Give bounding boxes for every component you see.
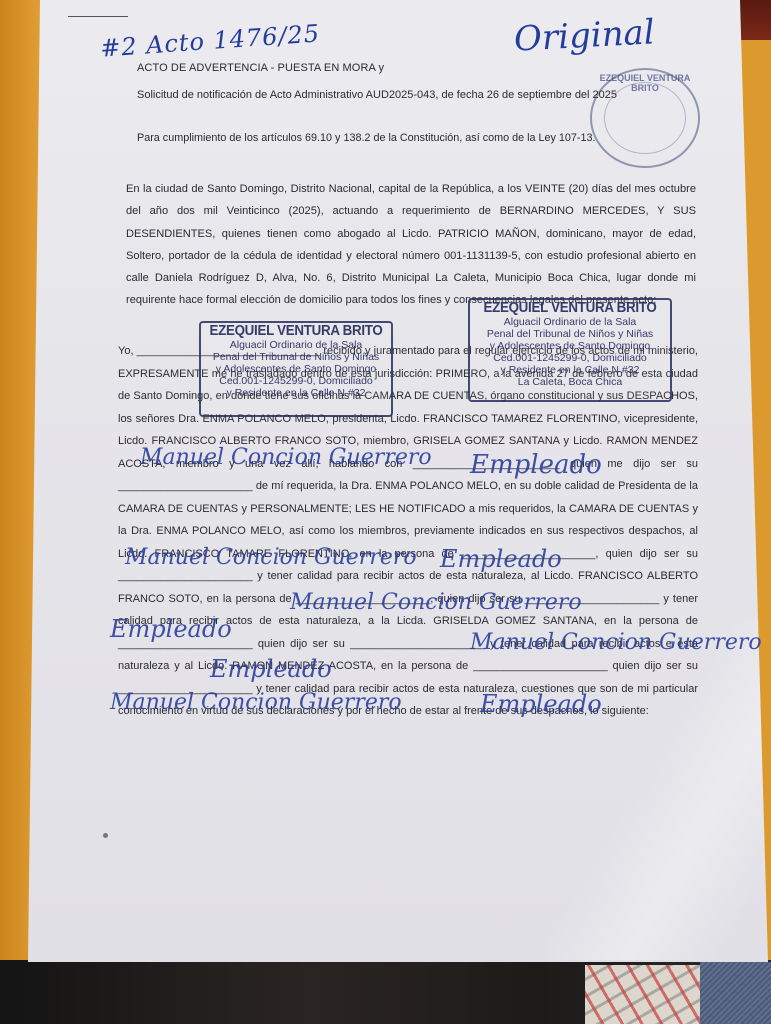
stamp-line: Penal del Tribunal de Niños y Niñas xyxy=(201,351,391,363)
stamp-line: y Residente en la Calle N #32 xyxy=(201,387,391,399)
pen-mark xyxy=(68,16,128,17)
handwritten-role: Empleado xyxy=(210,655,332,683)
stamp-line: Alguacil Ordinario de la Sala xyxy=(470,316,670,328)
intro-paragraph-text: En la ciudad de Santo Domingo, Distrito … xyxy=(126,178,696,312)
stamp-line: y Adolescentes de Santo Domingo xyxy=(470,340,670,352)
denim-fabric xyxy=(700,962,771,1024)
document-title: ACTO DE ADVERTENCIA - PUESTA EN MORA y xyxy=(137,57,384,79)
stamp-name: EZEQUIEL VENTURA BRITO xyxy=(478,300,662,316)
stamp-line: La Caleta, Boca Chica xyxy=(470,376,670,388)
handwritten-role: Empleado xyxy=(480,690,602,718)
stamp-line: y Adolescentes de Santo Domingo xyxy=(201,363,391,375)
legal-basis: Para cumplimiento de los artículos 69.10… xyxy=(137,127,596,149)
official-round-seal: EZEQUIEL VENTURA BRITO xyxy=(590,68,700,168)
intro-paragraph: En la ciudad de Santo Domingo, Distrito … xyxy=(126,178,696,312)
stamp-line: Ced.001-1245299-0, Domiciliado xyxy=(470,352,670,364)
handwritten-role: Empleado xyxy=(470,450,602,480)
handwritten-role: Empleado xyxy=(440,545,562,573)
handwritten-name: Manuel Concion Guerrero xyxy=(470,630,762,655)
stamp-name: EZEQUIEL VENTURA BRITO xyxy=(209,323,384,339)
handwritten-original-mark: Original xyxy=(513,12,656,59)
paper-speck xyxy=(103,833,108,838)
bailiff-stamp-left: EZEQUIEL VENTURA BRITO Alguacil Ordinari… xyxy=(199,321,393,417)
stamp-line: Penal del Tribunal de Niños y Niñas xyxy=(470,328,670,340)
document-subtitle: Solicitud de notificación de Acto Admini… xyxy=(137,86,697,104)
handwritten-role: Empleado xyxy=(110,615,232,643)
handwritten-name: Manuel Concion Guerrero xyxy=(125,545,417,570)
handwritten-name: Manuel Concion Guerrero xyxy=(110,690,402,715)
stamp-line: Alguacil Ordinario de la Sala xyxy=(201,339,391,351)
stamp-line: Ced.001-1245299-0, Domiciliado xyxy=(201,375,391,387)
handwritten-name: Manuel Concion Guerrero xyxy=(290,590,582,615)
stamp-line: y Residente en la Calle N #32 xyxy=(470,364,670,376)
handwritten-name: Manuel Concion Guerrero xyxy=(140,445,432,470)
bailiff-stamp-right: EZEQUIEL VENTURA BRITO Alguacil Ordinari… xyxy=(468,298,672,402)
